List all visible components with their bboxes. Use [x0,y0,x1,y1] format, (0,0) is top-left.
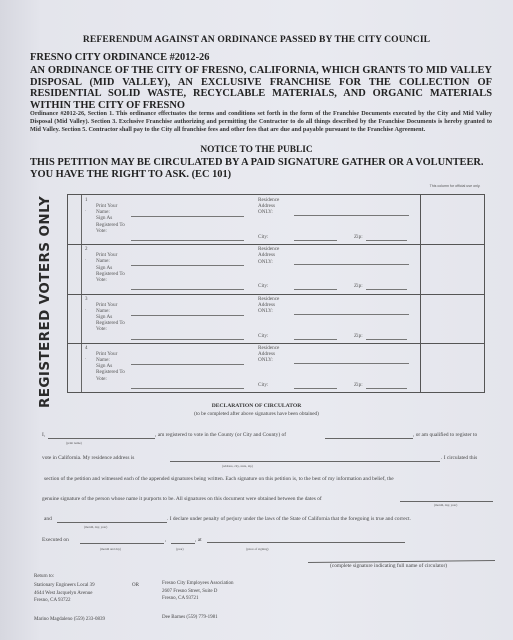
official-use-note: This column for official use only. [420,184,490,189]
ordinance-number: FRESNO CITY ORDINANCE #2012-26 [30,52,209,63]
row-number: 4 [85,346,88,351]
decl-line6-start: Executed on [42,537,69,543]
ordinance-title: AN ORDINANCE OF THE CITY OF FRESNO, CALI… [30,65,492,111]
decl-line2-end: . I circulated this [441,455,477,461]
zip-field[interactable] [366,388,407,389]
signature-row: 4.Print Your Name:Sign As Registered To … [68,343,484,393]
address-field[interactable] [294,215,409,216]
print-name-label: Print Your Name:Sign As Registered To Vo… [96,351,130,382]
hint-print-name: (print name) [66,441,82,445]
zip-label: Zip: [354,234,363,240]
city-field[interactable] [294,289,337,290]
executed-year-field[interactable] [171,543,195,544]
address-field[interactable] [294,363,409,364]
print-name-text: Print Your Name: [96,351,117,363]
decl-line6-at: , at [195,537,202,543]
print-name-label: Print Your Name:Sign As Registered To Vo… [96,252,130,283]
signature-table: 1.Print Your Name:Sign As Registered To … [67,194,485,393]
print-name-field[interactable] [131,265,244,266]
county-field[interactable] [325,438,413,439]
decl-line5-start: and [44,516,52,522]
signature-row: 3.Print Your Name:Sign As Registered To … [68,294,484,344]
return-right-line: 2607 Fresno Street, Suite D [162,588,234,596]
print-name-label: Print Your Name:Sign As Registered To Vo… [96,302,130,333]
address-label: Residence Address ONLY: [258,246,288,265]
row-number: 3 [85,297,88,302]
sign-text: Sign As Registered To Vote: [96,265,125,283]
circulator-name-field[interactable] [48,438,155,439]
hint-year: (year) [176,547,184,551]
signature-row: 1.Print Your Name:Sign As Registered To … [68,195,484,245]
row-number: 2 [85,247,88,252]
row-marker: . [85,257,86,262]
ordinance-summary: Ordinance #2012-26, Section 1. This ordi… [30,110,492,134]
notice-title: NOTICE TO THE PUBLIC [0,145,513,155]
hint-date1: (month, day, year) [434,503,457,507]
start-date-field[interactable] [400,501,493,502]
hint-place: (place of signing) [246,547,268,551]
place-of-signing-field[interactable] [207,542,405,543]
signature-field[interactable] [131,289,244,290]
signature-field[interactable] [131,388,244,389]
decl-line1-end: , or am qualified to register to [413,432,477,438]
return-right-line: Fresno, CA 93721 [162,595,234,603]
decl-line6-comma: , [165,537,166,543]
address-label: Residence Address ONLY: [258,345,288,364]
decl-line4: genuine signature of the person whose na… [42,496,322,502]
row-number: 1 [85,198,88,203]
print-name-field[interactable] [131,364,244,365]
row-divider [68,343,484,344]
print-name-text: Print Your Name: [96,203,117,215]
row-marker: . [85,356,86,361]
row-marker: . [85,208,86,213]
sign-text: Sign As Registered To Vote: [96,215,125,233]
executed-date-field[interactable] [80,543,164,544]
zip-label: Zip: [354,333,363,339]
residence-address-field[interactable] [170,461,440,462]
declaration-title: DECLARATION OF CIRCULATOR [0,403,513,409]
city-label: City: [258,382,268,388]
print-name-label: Print Your Name:Sign As Registered To Vo… [96,203,130,234]
zip-field[interactable] [366,240,407,241]
signature-field[interactable] [131,339,244,340]
city-label: City: [258,283,268,289]
declaration-subtitle: (to be completed after above signatures … [0,411,513,417]
zip-label: Zip: [354,382,363,388]
city-field[interactable] [294,240,337,241]
address-label: Residence Address ONLY: [258,197,288,216]
official-use-cell [421,244,485,294]
row-marker: . [85,307,86,312]
hint-date2: (month, day, year) [84,525,107,529]
zip-field[interactable] [366,339,407,340]
row-divider [68,244,484,245]
city-label: City: [258,333,268,339]
city-field[interactable] [294,388,337,389]
decl-line2-start: vote in California. My residence address… [42,455,134,461]
address-label: Residence Address ONLY: [258,296,288,315]
return-right-line: Fresno City Employees Association [162,580,234,588]
decl-line3: section of the petition and witnessed ea… [44,476,394,482]
return-left-line: Fresno, CA 93722 [34,597,95,605]
decl-line5-end: . I declare under penalty of perjury und… [167,516,411,522]
address-field[interactable] [294,264,409,265]
return-left-line: Stationary Engineers Local 39 [34,582,95,590]
official-use-cell [421,294,485,344]
city-label: City: [258,234,268,240]
print-name-field[interactable] [131,315,244,316]
petition-page: REFERENDUM AGAINST AN ORDINANCE PASSED B… [0,0,513,640]
print-name-text: Print Your Name: [96,252,117,264]
signature-row: 2.Print Your Name:Sign As Registered To … [68,244,484,294]
hint-month-day: (month and day) [100,547,121,551]
zip-field[interactable] [366,289,407,290]
city-field[interactable] [294,339,337,340]
print-name-text: Print Your Name: [96,302,117,314]
return-address-left: Stationary Engineers Local 39 4644 West … [34,582,95,605]
document-title: REFERENDUM AGAINST AN ORDINANCE PASSED B… [0,34,513,45]
return-left-contact: Marino Magdaleno (559) 233-0839 [34,616,105,624]
return-or: OR [132,582,139,590]
signature-field[interactable] [131,240,244,241]
return-right-contact: Dee Barnes (559) 779-1981 [162,614,218,622]
notice-text: THIS PETITION MAY BE CIRCULATED BY A PAI… [30,157,500,181]
registered-voters-label: REGISTERED VOTERS ONLY [37,198,53,408]
return-to-label: Return to: [34,573,54,581]
sign-text: Sign As Registered To Vote: [96,363,125,381]
official-use-cell [421,343,485,393]
decl-line1-mid: , am registered to vote in the County (o… [155,432,286,438]
official-use-cell [421,195,485,245]
row-divider [68,294,484,295]
hint-address: (address, city, state, zip) [222,464,253,468]
sign-text: Sign As Registered To Vote: [96,314,125,332]
address-field[interactable] [294,314,409,315]
return-left-line: 4644 West Jacquelyn Avenue [34,590,95,598]
print-name-field[interactable] [131,216,244,217]
signature-hint: (complete signature indicating full name… [330,563,447,569]
zip-label: Zip: [354,283,363,289]
return-address-right: Fresno City Employees Association 2607 F… [162,580,234,603]
decl-line1-start: I, [42,432,45,438]
end-date-field[interactable] [57,522,167,523]
